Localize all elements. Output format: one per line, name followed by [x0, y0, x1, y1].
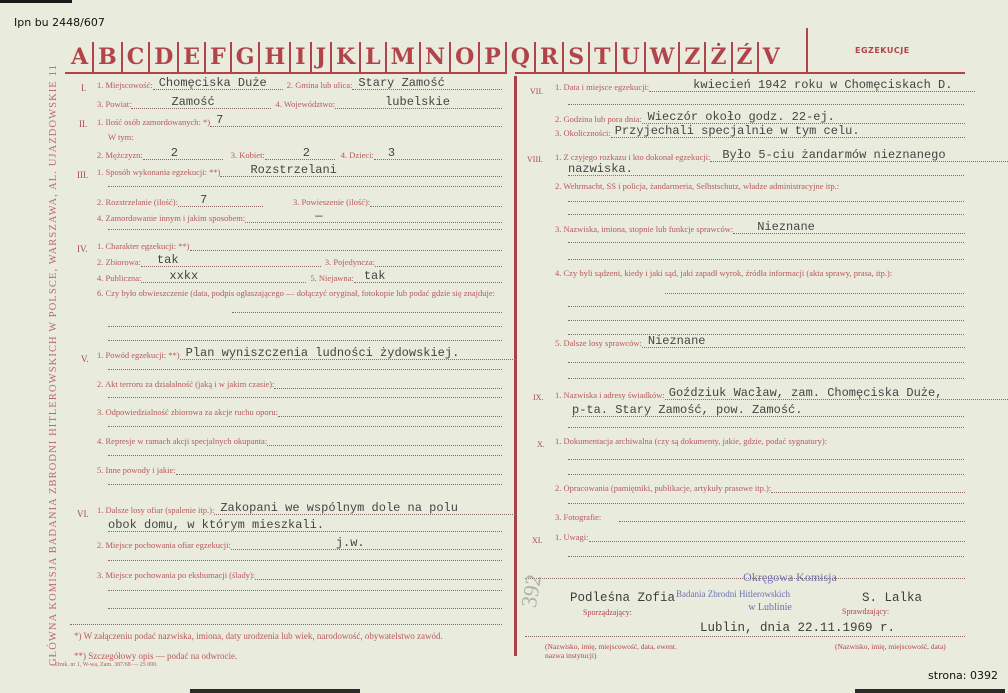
- field-row: W tym:: [108, 132, 134, 142]
- field-label: 2. Mężczyzn:: [97, 150, 143, 160]
- field-row: nazwiska.: [568, 164, 964, 176]
- field-row: 2. Mężczyzn: 2 3. Kobiet: 2 4. Dzieci: 3: [97, 148, 502, 160]
- sprawdzajacy-name: S. Lalka: [862, 591, 922, 605]
- stamp-line-2: Badania Zbrodni Hitlerowskich: [676, 589, 876, 599]
- field-row: 3. Miejsce pochowania po ekshumacji (śla…: [97, 568, 502, 580]
- section-roman: III.: [77, 170, 88, 180]
- rozkaz-field-2[interactable]: nazwiska.: [568, 164, 964, 176]
- alphabet-letter: I: [291, 42, 311, 72]
- field-row: 1. Dalsze losy ofiar (spalenie itp.): Za…: [97, 503, 517, 515]
- pencil-note: 392: [516, 572, 547, 609]
- scan-edge: [190, 689, 360, 693]
- blank-line[interactable]: [232, 312, 502, 313]
- rozkaz-field[interactable]: Było 5-ciu żandarmów nieznanego: [710, 150, 1008, 162]
- data-egzekucji-field[interactable]: kwiecień 1942 roku w Chomęciskach D.: [649, 80, 975, 92]
- field-label: 2. Miejsce pochowania ofiar egzekucji:: [97, 540, 231, 550]
- powod-field[interactable]: Plan wyniszczenia ludności żydowskiej.: [180, 348, 517, 360]
- blank-line[interactable]: [568, 427, 964, 428]
- scan-edge: [855, 689, 1005, 693]
- field-label: 4. Zamordowanie innym i jakim sposobem:: [97, 213, 245, 223]
- field-label: 3. Miejsce pochowania po ekshumacji (śla…: [97, 570, 255, 580]
- zamordowanie-field[interactable]: —: [245, 211, 502, 223]
- field-row: 1. Nazwiska i adresy świadków: Goździuk …: [555, 388, 1008, 400]
- publiczna-field[interactable]: xxkx: [141, 271, 306, 283]
- alphabet-letter: S: [564, 42, 590, 72]
- alphabet-letter: O: [451, 42, 480, 72]
- alphabet-letter: H: [260, 42, 291, 72]
- field-label: 1. Ilość osób zamordowanych: *): [97, 117, 210, 127]
- blank-line[interactable]: [108, 484, 502, 485]
- field-row: 1. Dokumentacja archiwalna (czy są dokum…: [555, 436, 965, 446]
- mezczyzn-field[interactable]: 2: [143, 148, 223, 160]
- wojewodztwo-field[interactable]: lubelskie: [335, 97, 502, 109]
- stamp-line-3: w Lublinie: [710, 602, 830, 613]
- blank-line[interactable]: [568, 503, 964, 504]
- field-label: 3. Kobiet:: [231, 150, 265, 160]
- swiadkowie-field-2[interactable]: p-ta. Stary Zamość, pow. Zamość.: [572, 405, 964, 417]
- kobiet-field[interactable]: 2: [265, 148, 335, 160]
- footnote-1: *) W załączeniu podać nazwiska, imiona, …: [74, 631, 504, 641]
- field-row: 3. Okoliczności: Przyjechali specjalnie …: [555, 126, 965, 138]
- field-row: 2. Wehrmacht, SS i policja, żandarmeria,…: [555, 181, 965, 191]
- blank-line[interactable]: [568, 306, 964, 307]
- gmina-field[interactable]: Stary Zamość: [352, 78, 502, 90]
- field-label: 3. Fotografie:: [555, 512, 601, 522]
- blank-line[interactable]: [70, 624, 502, 625]
- field-row: 3. Nazwiska, imiona, stopnie lub funkcje…: [555, 222, 965, 234]
- ekshumacja-field[interactable]: [255, 568, 502, 580]
- field-row: 1. Miejscowość: Chomęciska Duże 2. Gmina…: [97, 78, 502, 90]
- nazwiska-sprawcow-field[interactable]: Nieznane: [733, 222, 965, 234]
- blank-line[interactable]: [665, 293, 964, 294]
- print-info: Druk. nr 1, W-wa, Zam. 387/68 — 25 000.: [55, 662, 158, 668]
- field-label: 5. Niejawna:: [310, 273, 353, 283]
- field-label: 2. Gmina lub ulica:: [287, 80, 353, 90]
- field-row: 3. Fotografie:: [555, 510, 965, 522]
- field-row: 2. Opracowania (pamiętniki, publikacje, …: [555, 481, 965, 493]
- alphabet-letter: P: [480, 42, 507, 72]
- field-label: 4. Województwo:: [275, 99, 335, 109]
- page-number: strona: 0392: [928, 669, 998, 682]
- section-roman: IX.: [533, 393, 543, 402]
- field-label: 2. Zbiorowa:: [97, 257, 141, 267]
- field-row: 2. Miejsce pochowania ofiar egzekucji: j…: [97, 538, 502, 550]
- alphabet-letter: Ź: [733, 42, 759, 72]
- blank-line[interactable]: [108, 590, 502, 591]
- blank-line[interactable]: [568, 362, 964, 363]
- blank-line[interactable]: [568, 474, 964, 475]
- pojedyncza-field[interactable]: [375, 255, 502, 267]
- blank-line[interactable]: [568, 334, 964, 335]
- alphabet-letter: T: [590, 42, 616, 72]
- blank-line[interactable]: [108, 326, 502, 327]
- field-row: 4. Zamordowanie innym i jakim sposobem: …: [97, 211, 502, 223]
- section-roman: VI.: [77, 509, 89, 519]
- blank-line[interactable]: [568, 556, 964, 557]
- niejawna-field[interactable]: tak: [354, 271, 502, 283]
- field-row: 1. Charakter egzekucji: **): [97, 239, 502, 251]
- field-label: 1. Powód egzekucji: **): [97, 350, 180, 360]
- place-date: Lublin, dnia 22.11.1969 r.: [700, 621, 895, 635]
- pochowanie-field[interactable]: j.w.: [231, 538, 502, 550]
- blank-line[interactable]: [568, 320, 964, 321]
- field-label: 2. Opracowania (pamiętniki, publikacje, …: [555, 483, 771, 493]
- field-row: 4. Publiczna: xxkx 5. Niejawna: tak: [97, 271, 502, 283]
- field-label: 2. Godzina lub pora dnia:: [555, 114, 642, 124]
- miejscowosc-field[interactable]: Chomęciska Duże: [153, 78, 283, 90]
- field-row: 4. Czy byli sądzeni, kiedy i jaki sąd, j…: [555, 266, 965, 280]
- field-label: 4. Czy byli sądzeni, kiedy i jaki sąd, j…: [555, 266, 892, 280]
- blank-line[interactable]: [108, 608, 502, 609]
- section-roman: V.: [81, 354, 89, 364]
- scan-edge: [0, 0, 72, 3]
- field-label: 3. Odpowiedzialność zbiorowa za akcje ru…: [97, 407, 278, 417]
- field-row: 4. Represje w ramach akcji specjalnych o…: [97, 434, 502, 446]
- alphabet-letter: B: [94, 42, 123, 72]
- blank-line[interactable]: [568, 259, 964, 260]
- alphabet-letter: N: [421, 42, 451, 72]
- charakter-field[interactable]: [190, 239, 502, 251]
- section-roman: VII.: [530, 87, 543, 96]
- alphabet-letter: Ż: [706, 42, 732, 72]
- field-label: 4. Publiczna:: [97, 273, 141, 283]
- alphabet-index: ABCDEFGHIJKLMNOPQRSTUWZŻŹV: [67, 40, 784, 72]
- alphabet-letter: Q: [507, 42, 536, 72]
- field-row: 1. Powód egzekucji: **) Plan wyniszczeni…: [97, 348, 517, 360]
- alphabet-letter: E: [179, 42, 206, 72]
- field-label: 6. Czy było obwieszczenie (data, podpis …: [97, 286, 495, 300]
- blank-line[interactable]: [108, 229, 502, 230]
- field-label: 1. Nazwiska i adresy świadków:: [555, 390, 665, 400]
- divider: [515, 72, 965, 74]
- odpowiedzialnosc-field[interactable]: [278, 405, 502, 417]
- alphabet-letter: F: [206, 42, 232, 72]
- field-row: 3. Powiat: Zamość 4. Województwo: lubels…: [97, 97, 502, 109]
- represje-field[interactable]: [267, 434, 502, 446]
- blank-line[interactable]: [108, 186, 502, 187]
- field-label: 1. Sposób wykonania egzekucji: **): [97, 167, 220, 177]
- institution-side-text: GŁÓWNA KOMISJA BADANIA ZBRODNI HITLEROWS…: [48, 46, 59, 666]
- field-row: 1. Uwagi:: [555, 530, 965, 542]
- alphabet-letter: V: [759, 42, 784, 72]
- blank-line[interactable]: [108, 560, 502, 561]
- section-roman: I.: [81, 83, 86, 93]
- blank-line[interactable]: [108, 397, 502, 398]
- divider: [65, 72, 507, 74]
- column-divider: [514, 76, 517, 656]
- right-caption: (Nazwisko, imię, miejscowość, data): [835, 642, 946, 651]
- form-title: EGZEKUCJE: [855, 46, 910, 55]
- losy-ofiar-field[interactable]: Zakopani we wspólnym dole na polu: [214, 503, 517, 515]
- fotografie-field[interactable]: [619, 510, 965, 522]
- field-row: 2. Akt terroru za działalność (jaką i w …: [97, 377, 502, 389]
- zbiorowa-field[interactable]: tak: [141, 255, 321, 267]
- blank-line[interactable]: [108, 340, 502, 341]
- field-row: 5. Inne powody i jakie:: [97, 463, 502, 475]
- field-label: 3. Nazwiska, imiona, stopnie lub funkcje…: [555, 224, 733, 234]
- sposob-field[interactable]: Rozstrzelani: [220, 165, 502, 177]
- archive-id: Ipn bu 2448/607: [14, 16, 105, 29]
- blank-line[interactable]: [568, 214, 964, 215]
- alphabet-letter: C: [123, 42, 151, 72]
- alphabet-letter: R: [536, 42, 564, 72]
- field-label: 4. Represje w ramach akcji specjalnych o…: [97, 436, 267, 446]
- field-label: 3. Powieszenie (ilość):: [293, 197, 370, 207]
- alphabet-letter: J: [312, 42, 332, 72]
- field-label: 1. Uwagi:: [555, 532, 589, 542]
- field-row: 1. Data i miejsce egzekucji: kwiecień 19…: [555, 80, 975, 92]
- field-row: 5. Dalsze losy sprawców: Nieznane: [555, 336, 965, 348]
- blank-line[interactable]: [108, 369, 502, 370]
- field-label: 3. Powiat:: [97, 99, 131, 109]
- ilosc-field[interactable]: 7: [210, 115, 502, 127]
- section-roman: VIII.: [527, 155, 543, 164]
- section-roman: X.: [537, 440, 545, 449]
- inne-field[interactable]: [176, 463, 502, 475]
- powieszenie-field[interactable]: [370, 195, 502, 207]
- field-row: 1. Z czyjego rozkazu i kto dokonał egzek…: [555, 150, 1008, 162]
- section-roman: XI.: [532, 536, 542, 545]
- field-row: p-ta. Stary Zamość, pow. Zamość.: [572, 405, 964, 417]
- field-row: 2. Godzina lub pora dnia: Wieczór około …: [555, 112, 965, 124]
- field-label: 3. Pojedyncza:: [325, 257, 375, 267]
- field-label: 2. Rozstrzelanie (ilość):: [97, 197, 178, 207]
- field-label: 1. Z czyjego rozkazu i kto dokonał egzek…: [555, 152, 710, 162]
- field-row: 2. Rozstrzelanie (ilość): 7 3. Powieszen…: [97, 195, 502, 207]
- uwagi-field[interactable]: [589, 530, 965, 542]
- stamp-line-1: Okręgowa Komisja: [690, 570, 890, 585]
- field-label: 5. Inne powody i jakie:: [97, 465, 176, 475]
- sporzadzajacy-name: Podleśna Zofia: [570, 591, 675, 605]
- field-row: 3. Odpowiedzialność zbiorowa za akcje ru…: [97, 405, 502, 417]
- field-row: 2. Zbiorowa: tak 3. Pojedyncza:: [97, 255, 502, 267]
- field-label: 4. Dzieci:: [341, 150, 374, 160]
- swiadkowie-field[interactable]: Goździuk Wacław, zam. Chomęciska Duże,: [665, 388, 1008, 400]
- alphabet-letter: G: [232, 42, 261, 72]
- akt-field[interactable]: [274, 377, 502, 389]
- alphabet-letter: W: [646, 42, 681, 72]
- section-roman: II.: [79, 119, 87, 129]
- blank-line[interactable]: [568, 104, 964, 105]
- losy-ofiar-field-2[interactable]: obok domu, w którym mieszkali.: [108, 520, 502, 532]
- alphabet-letter: D: [150, 42, 179, 72]
- field-label: 1. Charakter egzekucji: **): [97, 241, 190, 251]
- field-row: 1. Ilość osób zamordowanych: *) 7: [97, 115, 502, 127]
- field-label: 1. Data i miejsce egzekucji:: [555, 82, 649, 92]
- section-roman: IV.: [77, 244, 88, 254]
- powiat-field[interactable]: Zamość: [131, 97, 271, 109]
- alphabet-letter: U: [617, 42, 646, 72]
- field-label: 3. Okoliczności:: [555, 128, 611, 138]
- rozstrzelanie-field[interactable]: 7: [178, 195, 263, 207]
- alphabet-letter: K: [332, 42, 361, 72]
- alphabet-letter: L: [361, 42, 386, 72]
- blank-line[interactable]: [108, 455, 502, 456]
- losy-sprawcow-field[interactable]: Nieznane: [642, 336, 965, 348]
- field-row: 1. Sposób wykonania egzekucji: **) Rozst…: [97, 165, 502, 177]
- opracowania-field[interactable]: [771, 481, 965, 493]
- godzina-field[interactable]: Wieczór około godz. 22-ej.: [642, 112, 965, 124]
- field-label: 1. Dokumentacja archiwalna (czy są dokum…: [555, 436, 827, 446]
- footnote-2: **) Szczegółowy opis — podać na odwrocie…: [74, 651, 237, 661]
- signature-line: [525, 636, 965, 637]
- field-row: 6. Czy było obwieszczenie (data, podpis …: [97, 286, 502, 300]
- sprawdzajacy-label: Sprawdzający:: [842, 607, 889, 616]
- field-label: 2. Wehrmacht, SS i policja, żandarmeria,…: [555, 181, 839, 191]
- field-label: W tym:: [108, 132, 134, 142]
- alphabet-letter: Z: [680, 42, 706, 72]
- field-row: obok domu, w którym mieszkali.: [108, 520, 502, 532]
- field-label: 5. Dalsze losy sprawców:: [555, 338, 642, 348]
- left-caption: (Nazwisko, imię, miejscowość, data, ewen…: [545, 642, 685, 660]
- field-label: 1. Miejscowość:: [97, 80, 153, 90]
- blank-line[interactable]: [568, 242, 964, 243]
- sporzadzajacy-label: Sporządzający:: [583, 608, 632, 617]
- field-label: 1. Dalsze losy ofiar (spalenie itp.):: [97, 505, 214, 515]
- okolicznosci-field[interactable]: Przyjechali specjalnie w tym celu.: [611, 126, 965, 138]
- alphabet-letter: A: [67, 42, 94, 72]
- alphabet-letter: M: [387, 42, 421, 72]
- blank-line[interactable]: [108, 426, 502, 427]
- blank-line[interactable]: [568, 201, 964, 202]
- field-label: 2. Akt terroru za działalność (jaką i w …: [97, 379, 274, 389]
- divider: [806, 28, 808, 72]
- dzieci-field[interactable]: 3: [374, 148, 502, 160]
- blank-line[interactable]: [568, 378, 964, 379]
- blank-line[interactable]: [568, 459, 964, 460]
